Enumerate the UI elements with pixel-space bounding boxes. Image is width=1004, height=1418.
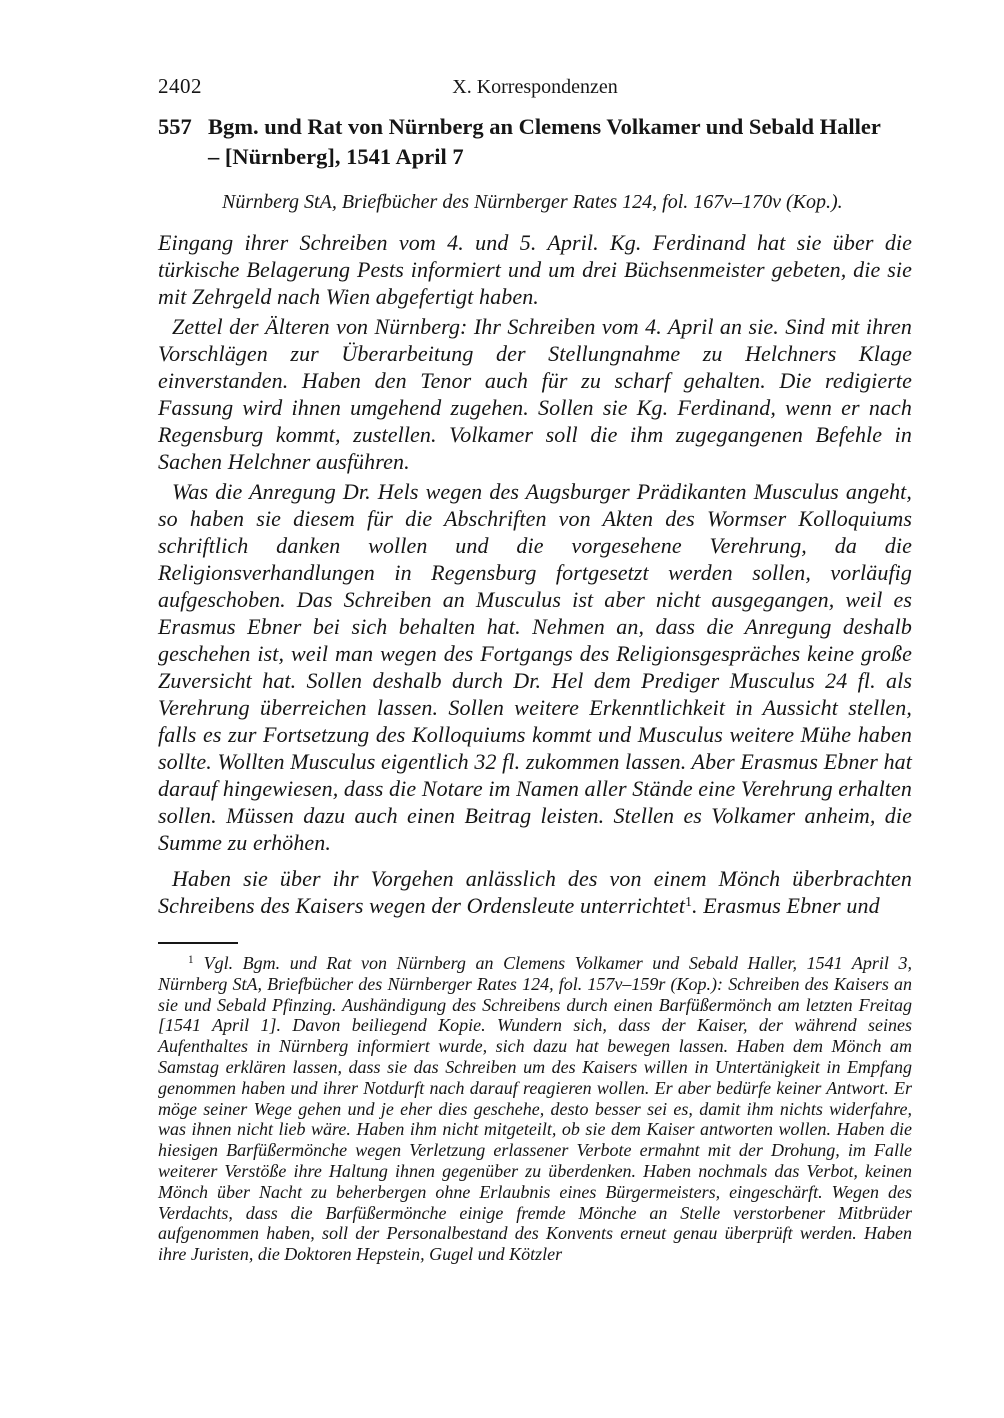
paragraph-2: Zettel der Älteren von Nürnberg: Ihr Sch… <box>158 313 912 475</box>
entry-title: Bgm. und Rat von Nürnberg an Clemens Vol… <box>208 112 912 172</box>
entry-title-line-2: – [Nürnberg], 1541 April 7 <box>208 142 912 172</box>
footnote-marker: 1 <box>188 954 194 966</box>
paragraph-4-continuation: . Erasmus Ebner und <box>692 893 880 918</box>
entry-heading: 557 Bgm. und Rat von Nürnberg an Clemens… <box>158 112 912 172</box>
entry-title-line-1: Bgm. und Rat von Nürnberg an Clemens Vol… <box>208 112 912 142</box>
paragraph-4: Haben sie über ihr Vorgehen anlässlich d… <box>158 865 912 919</box>
regest-body: Eingang ihrer Schreiben vom 4. und 5. Ap… <box>158 229 912 919</box>
paragraph-1: Eingang ihrer Schreiben vom 4. und 5. Ap… <box>158 229 912 310</box>
footnote: 1Vgl. Bgm. und Rat von Nürnberg an Cleme… <box>158 953 912 1265</box>
book-page: 2402 X. Korrespondenzen 557 Bgm. und Rat… <box>0 0 1004 1418</box>
footnote-1: 1Vgl. Bgm. und Rat von Nürnberg an Cleme… <box>158 953 912 1265</box>
paragraph-3: Was die Anregung Dr. Hels wegen des Augs… <box>158 478 912 856</box>
footnote-ref: 1 <box>685 894 692 909</box>
running-title: X. Korrespondenzen <box>158 75 912 99</box>
footnote-text: Vgl. Bgm. und Rat von Nürnberg an Clemen… <box>158 953 912 1264</box>
source-citation: Nürnberg StA, Briefbücher des Nürnberger… <box>158 190 912 214</box>
running-head: 2402 X. Korrespondenzen <box>158 74 912 98</box>
footnote-separator <box>158 942 238 944</box>
entry-number: 557 <box>158 112 208 172</box>
